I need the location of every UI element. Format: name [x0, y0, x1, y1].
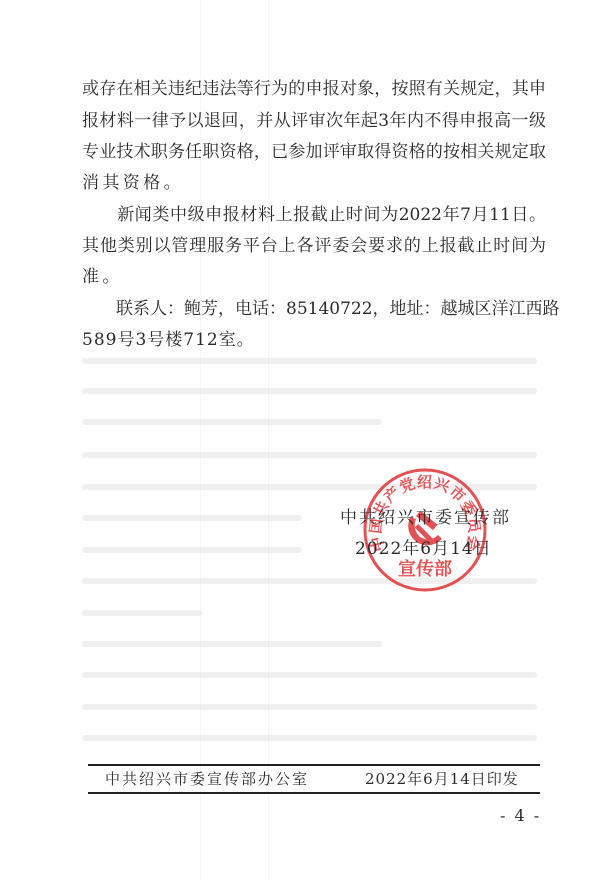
bleed-through-text [82, 419, 382, 425]
signature-date: 2022年6月14日 [355, 534, 492, 565]
body-line: 准。 [82, 262, 552, 293]
bleed-through-text [82, 641, 382, 647]
bleed-through-text [82, 452, 537, 458]
bleed-through-text [82, 704, 537, 710]
body-line: 其他类别以管理服务平台上各评委会要求的上报截止时间为 [82, 231, 546, 262]
bleed-through-text [82, 735, 537, 741]
signature-organization: 中共绍兴市委宣传部 [340, 503, 511, 534]
body-line-address: 589号3号楼712室。 [82, 325, 552, 356]
bleed-through-text [82, 547, 302, 553]
bleed-through-text [82, 672, 537, 678]
footer-bottom-rule [88, 792, 540, 794]
footer-issuer: 中共绍兴市委宣传部办公室 [105, 768, 309, 790]
bleed-through-text [82, 610, 202, 616]
bleed-through-text [82, 358, 537, 364]
body-line-deadline: 新闻类中级申报材料上报截止时间为2022年7月11日。 [82, 200, 546, 231]
bleed-through-text [82, 515, 302, 521]
body-line: 报材料一律予以退回，并从评审次年起3年内不得申报高一级 [82, 106, 546, 137]
body-line-contact: 联系人：鲍芳，电话：85140722，地址：越城区洋江西路 [82, 294, 546, 325]
document-page: 或存在相关违纪违法等行为的申报对象，按照有关规定，其申 报材料一律予以退回，并从… [0, 0, 615, 880]
footer-top-rule [88, 764, 540, 766]
body-line: 或存在相关违纪违法等行为的申报对象，按照有关规定，其申 [82, 74, 546, 105]
body-line: 消其资格。 [82, 168, 552, 199]
page-number: - 4 - [500, 806, 541, 825]
bleed-through-text [82, 388, 537, 394]
footer-issue-date: 2022年6月14日印发 [365, 768, 519, 790]
body-line: 专业技术职务任职资格，已参加评审取得资格的按相关规定取 [82, 137, 546, 168]
